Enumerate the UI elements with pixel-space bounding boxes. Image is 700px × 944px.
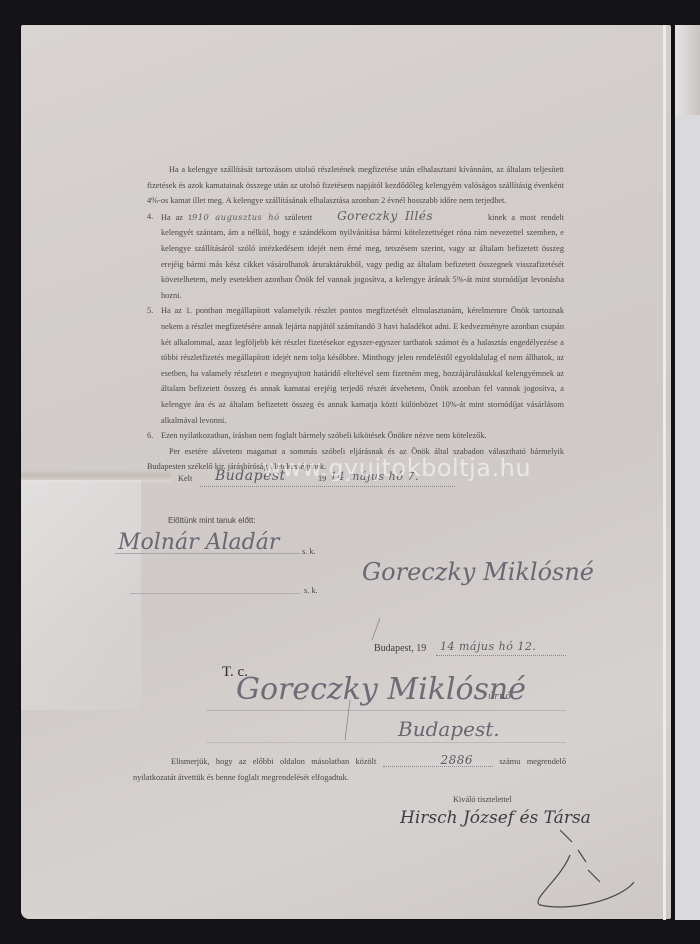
signature-flourish xyxy=(0,0,700,944)
